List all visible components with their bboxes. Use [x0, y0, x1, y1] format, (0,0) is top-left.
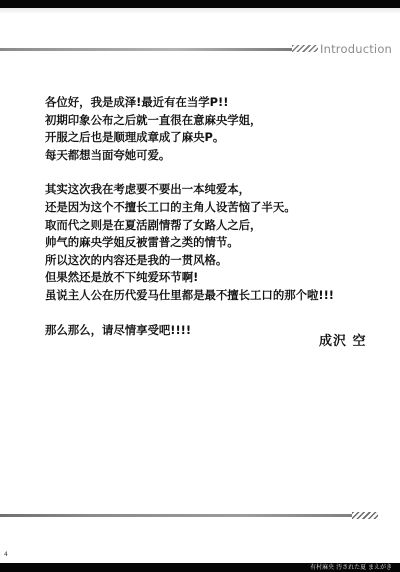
paragraph-greeting: 各位好，我是成泽!最近有在当学P!! 初期印象公布之后就一直很在意麻央学姐， 开… [45, 94, 385, 164]
footer-caption: 有村麻央 汚された夏 まえがき [310, 563, 392, 572]
text-line: 开服之后也是顺理成章成了麻央P。 [45, 129, 385, 147]
page-number: 4 [4, 551, 8, 558]
text-line: 帅气的麻央学姐反被雷普之类的情节。 [45, 234, 385, 252]
text-line: 初期印象公布之后就一直很在意麻央学姐， [45, 112, 385, 130]
top-bar-shadow [0, 8, 400, 14]
footer-hatch-icon [352, 512, 378, 519]
text-line: 所以这次的内容还是我的一贯风格。 [45, 252, 385, 270]
text-line: 虽说主人公在历代爱马仕里都是最不擅长工口的那个啦!!! [45, 287, 385, 305]
text-line: 但果然还是放不下纯爱环节啊! [45, 269, 385, 287]
header-hatch-icon [292, 45, 318, 52]
header-rule-line [0, 48, 292, 51]
author-signature: 成沢 空 [319, 330, 367, 349]
introduction-text: 各位好，我是成泽!最近有在当学P!! 初期印象公布之后就一直很在意麻央学姐， 开… [45, 94, 385, 339]
text-line: 还是因为这个不擅长工口的主角人设苦恼了半天。 [45, 199, 385, 217]
top-black-bar [0, 0, 400, 8]
section-title: Introduction [320, 42, 392, 56]
text-line: 每天都想当面夸她可爱。 [45, 147, 385, 165]
paragraph-story: 其实这次我在考虑要不要出一本纯爱本， 还是因为这个不擅长工口的主角人设苦恼了半天… [45, 181, 385, 304]
text-line: 各位好，我是成泽!最近有在当学P!! [45, 94, 385, 112]
text-line: 其实这次我在考虑要不要出一本纯爱本， [45, 181, 385, 199]
text-line: 取而代之则是在夏活剧情帮了女路人之后， [45, 217, 385, 235]
footer-rule-line [0, 514, 352, 517]
